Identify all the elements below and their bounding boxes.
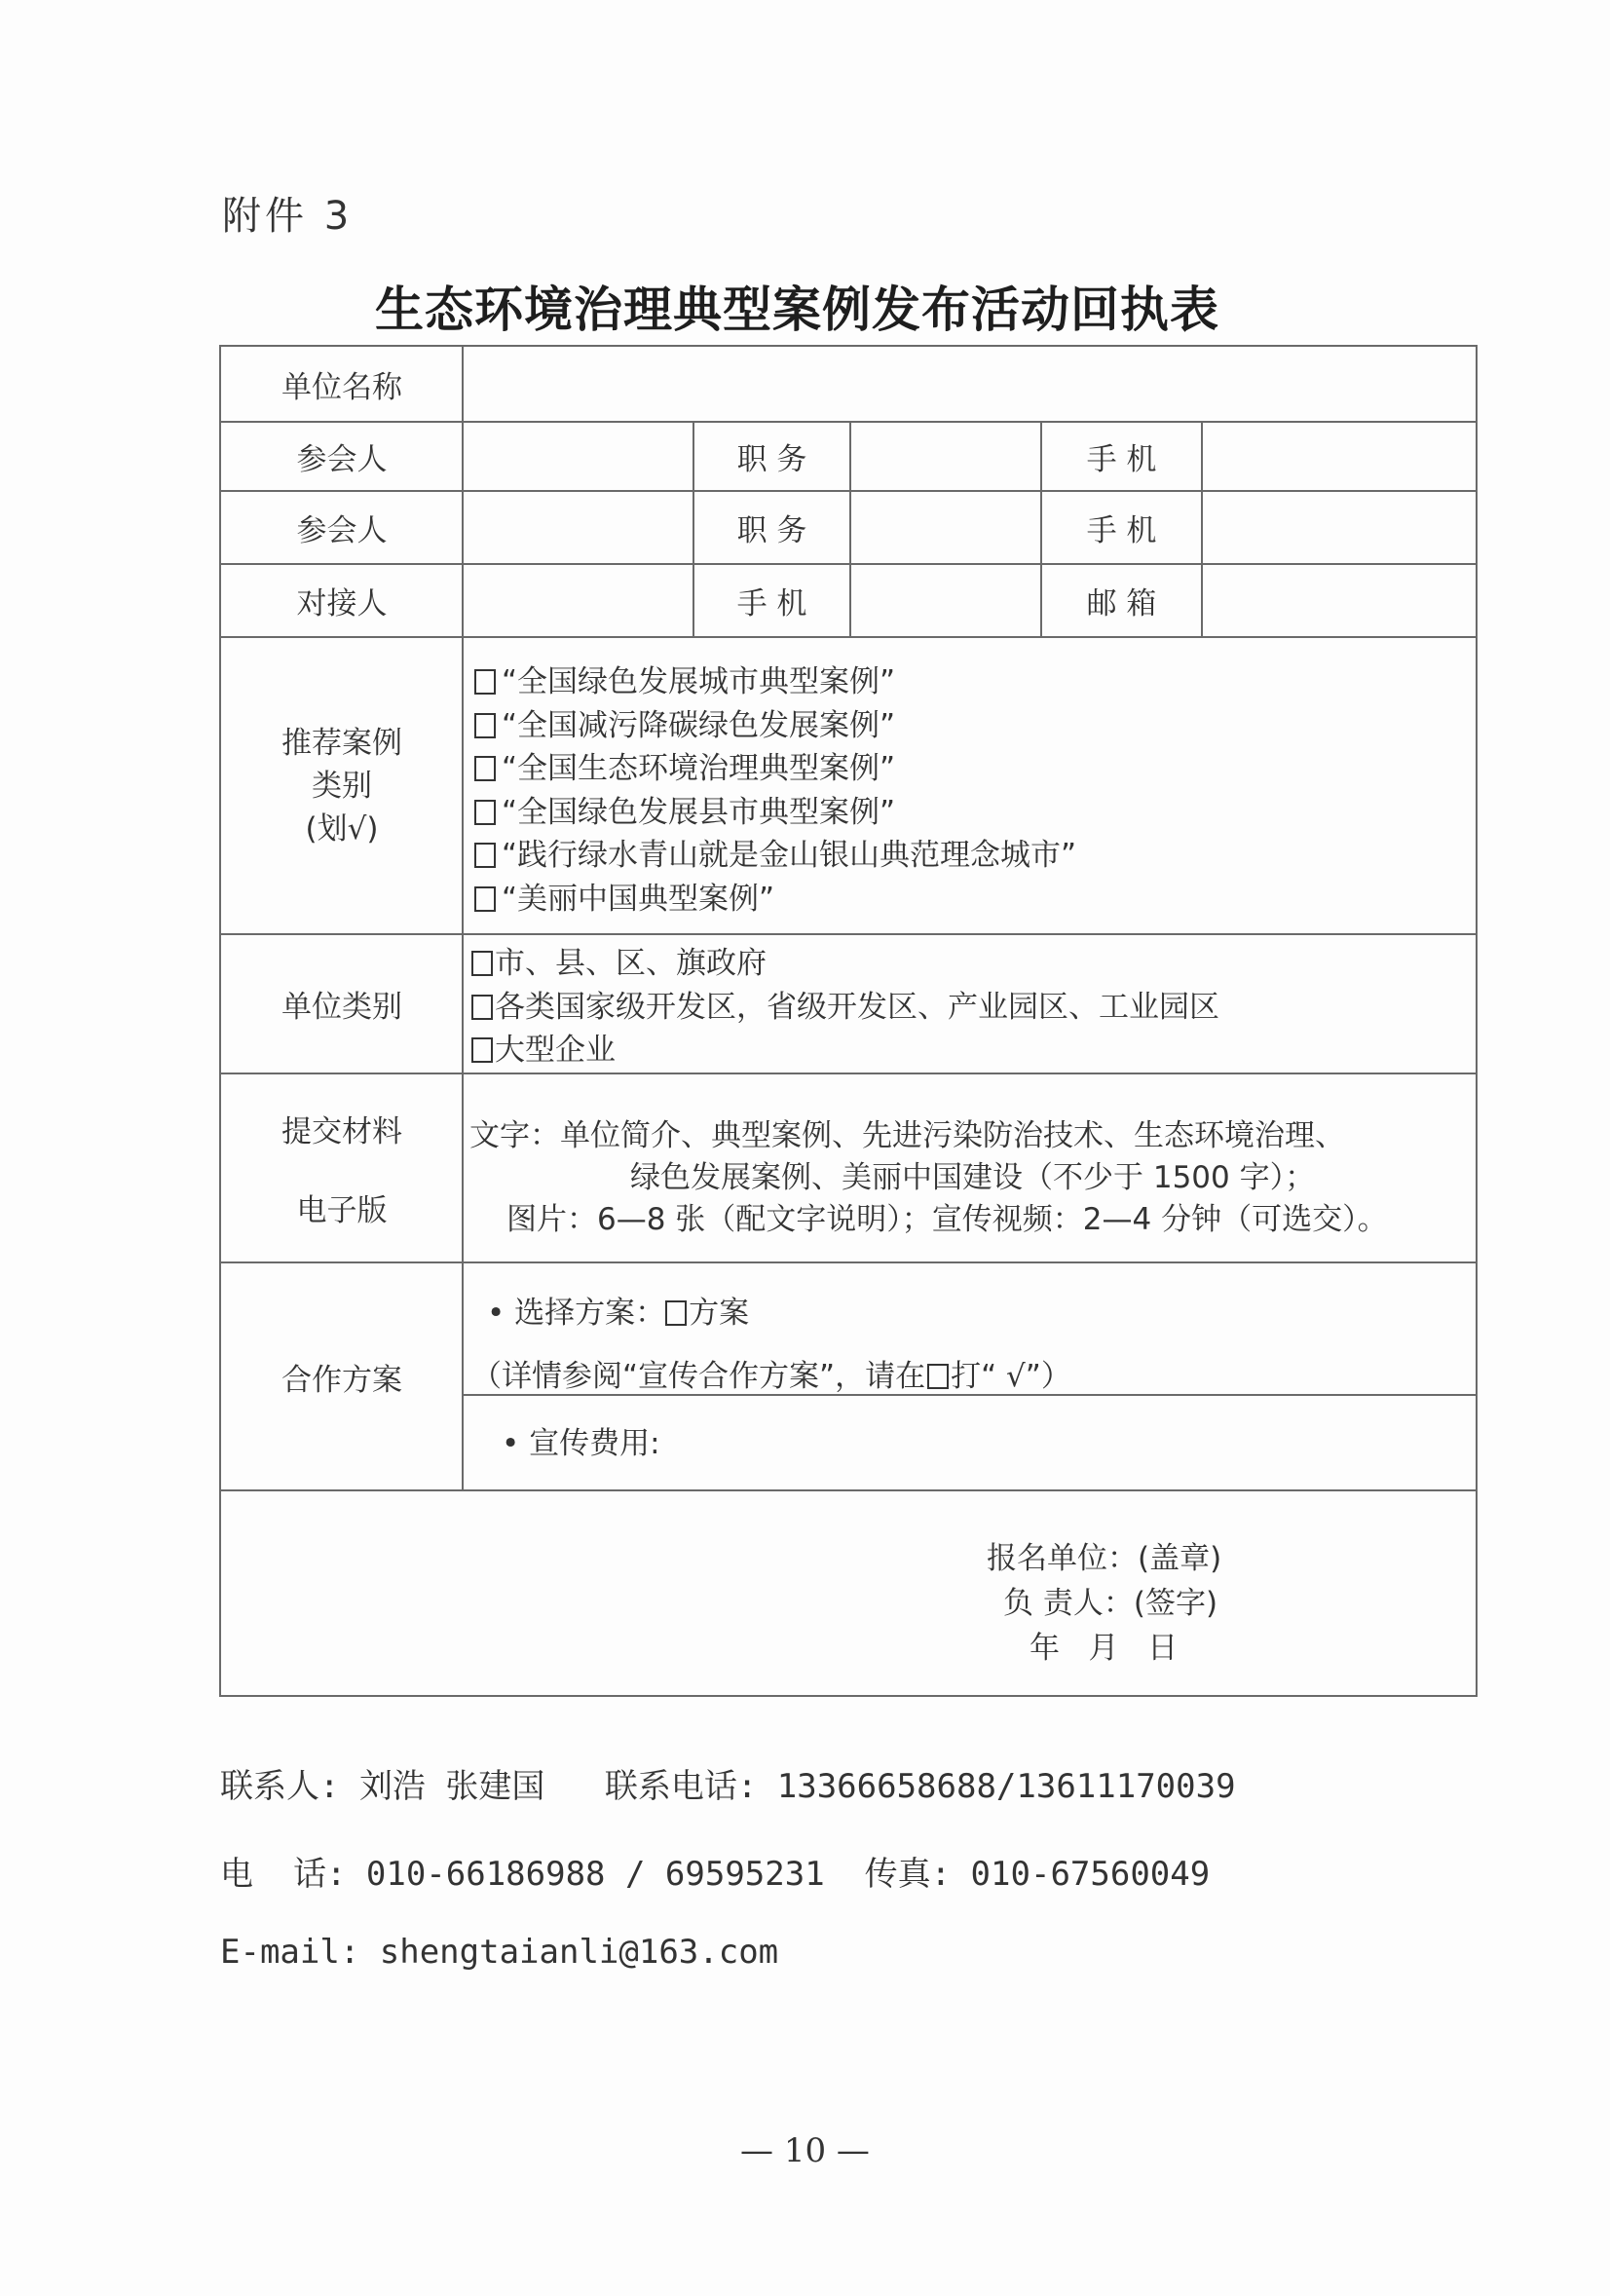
checkbox-icon[interactable] (471, 1037, 493, 1063)
cooperation-label: 合作方案 (221, 1263, 463, 1489)
recommend-option[interactable]: “践行绿水青山就是金山银山典范理念城市” (474, 830, 1076, 874)
attendee-1-name-field[interactable] (465, 423, 693, 490)
cooperation-note: （详情参阅“宣传合作方案”，请在打“ √”） (471, 1351, 1071, 1395)
option-label: “全国减污降碳绿色发展案例” (502, 708, 895, 743)
option-label: “美丽中国典型案例” (502, 882, 774, 917)
attendee-2-label: 参会人 (221, 492, 463, 563)
checkbox-icon (927, 1364, 949, 1389)
signup-unit-stamp: 报名单位：(盖章) (987, 1533, 1221, 1577)
page-number: — 10 — (0, 2131, 1610, 2170)
materials-label-line: 电子版 (297, 1186, 388, 1229)
option-label: 市、县、区、旗政府 (495, 946, 767, 981)
checkbox-icon[interactable] (474, 800, 496, 825)
checkbox-icon[interactable] (665, 1300, 687, 1326)
attendee-2-phone-label: 手 机 (1042, 492, 1201, 563)
attendee-1-phone-field[interactable] (1203, 423, 1476, 490)
liaison-name-field[interactable] (465, 565, 693, 636)
option-label: “全国绿色发展县市典型案例” (502, 795, 895, 830)
unit-name-label: 单位名称 (221, 347, 463, 421)
table-border-right (1476, 345, 1478, 1697)
materials-label: 提交材料 电子版 (221, 1074, 463, 1261)
checkbox-icon[interactable] (471, 995, 493, 1020)
note-text: （详情参阅“宣传合作方案”，请在 (471, 1359, 925, 1394)
recommend-option[interactable]: “全国减污降碳绿色发展案例” (474, 700, 895, 744)
materials-text-line: 图片：6—8 张（配文字说明）；宣传视频：2—4 分钟（可选交）。 (506, 1194, 1388, 1238)
promotion-fee-label: • 宣传费用: (502, 1418, 660, 1462)
row-divider (219, 1489, 1478, 1491)
option-label: 大型企业 (495, 1033, 616, 1068)
phone-fax-line: 电 话: 010-66186988 / 69595231 传真: 010-675… (220, 1847, 1210, 1895)
liaison-email-label: 邮 箱 (1042, 565, 1201, 636)
unit-type-option[interactable]: 各类国家级开发区，省级开发区、产业园区、工业园区 (471, 982, 1219, 1026)
attendee-1-position-field[interactable] (851, 423, 1040, 490)
attendee-1-label: 参会人 (221, 423, 463, 490)
table-border-bottom (219, 1695, 1478, 1697)
unit-type-option[interactable]: 市、县、区、旗政府 (471, 938, 767, 982)
attendee-2-position-label: 职 务 (694, 492, 849, 563)
option-label: “全国绿色发展城市典型案例” (502, 664, 895, 699)
recommend-option[interactable]: “美丽中国典型案例” (474, 874, 774, 918)
attendee-1-position-label: 职 务 (694, 423, 849, 490)
select-plan-row[interactable]: • 选择方案：方案 (487, 1288, 749, 1332)
signature-date: 年 月 日 (1030, 1623, 1178, 1667)
checkbox-icon[interactable] (474, 843, 496, 868)
option-label: “全国生态环境治理典型案例” (502, 751, 895, 786)
attendee-2-position-field[interactable] (851, 492, 1040, 563)
recommend-option[interactable]: “全国绿色发展城市典型案例” (474, 657, 895, 700)
attendee-2-phone-field[interactable] (1203, 492, 1476, 563)
liaison-phone-label: 手 机 (694, 565, 849, 636)
attendee-2-name-field[interactable] (465, 492, 693, 563)
promotion-fee-field[interactable] (682, 1399, 1461, 1487)
checkbox-icon[interactable] (474, 713, 496, 738)
recommend-option[interactable]: “全国生态环境治理典型案例” (474, 743, 895, 787)
liaison-email-field[interactable] (1203, 565, 1476, 636)
recommend-option[interactable]: “全国绿色发展县市典型案例” (474, 787, 895, 831)
note-text: 打“ √”） (951, 1359, 1071, 1394)
checkbox-icon[interactable] (474, 886, 496, 912)
option-label: 各类国家级开发区，省级开发区、产业园区、工业园区 (495, 990, 1219, 1025)
form-title: 生态环境治理典型案例发布活动回执表 (375, 271, 1219, 341)
unit-type-option[interactable]: 大型企业 (471, 1025, 616, 1069)
checkbox-icon[interactable] (474, 756, 496, 781)
liaison-label: 对接人 (221, 565, 463, 636)
materials-text-line: 绿色发展案例、美丽中国建设（不少于 1500 字）； (630, 1152, 1315, 1196)
attendee-1-phone-label: 手 机 (1042, 423, 1201, 490)
recommend-category-label: 推荐案例 类别 (划√) (221, 638, 463, 933)
recommend-label-line: 类别 (312, 765, 372, 808)
materials-label-line: 提交材料 (281, 1107, 402, 1150)
email-line: E-mail: shengtaianli@163.com (220, 1933, 778, 1972)
unit-name-field[interactable] (465, 347, 1475, 421)
checkbox-icon[interactable] (474, 669, 496, 695)
recommend-label-line: 推荐案例 (281, 722, 402, 765)
option-label: “践行绿水青山就是金山银山典范理念城市” (502, 838, 1076, 873)
contact-persons-line: 联系人: 刘浩 张建国 联系电话: 13366658688/1361117003… (220, 1759, 1236, 1807)
materials-text-line: 文字：单位简介、典型案例、先进污染防治技术、生态环境治理、 (469, 1110, 1345, 1154)
attachment-label: 附件 3 (222, 185, 353, 241)
checkbox-icon[interactable] (471, 951, 493, 976)
recommend-label-line: (划√) (306, 808, 379, 850)
responsible-person-signature: 负 责人：(签字) (1003, 1578, 1217, 1622)
unit-type-label: 单位类别 (221, 935, 463, 1073)
liaison-phone-field[interactable] (851, 565, 1040, 636)
select-plan-label: • 选择方案： (487, 1296, 665, 1331)
plan-option-label: 方案 (689, 1296, 749, 1331)
